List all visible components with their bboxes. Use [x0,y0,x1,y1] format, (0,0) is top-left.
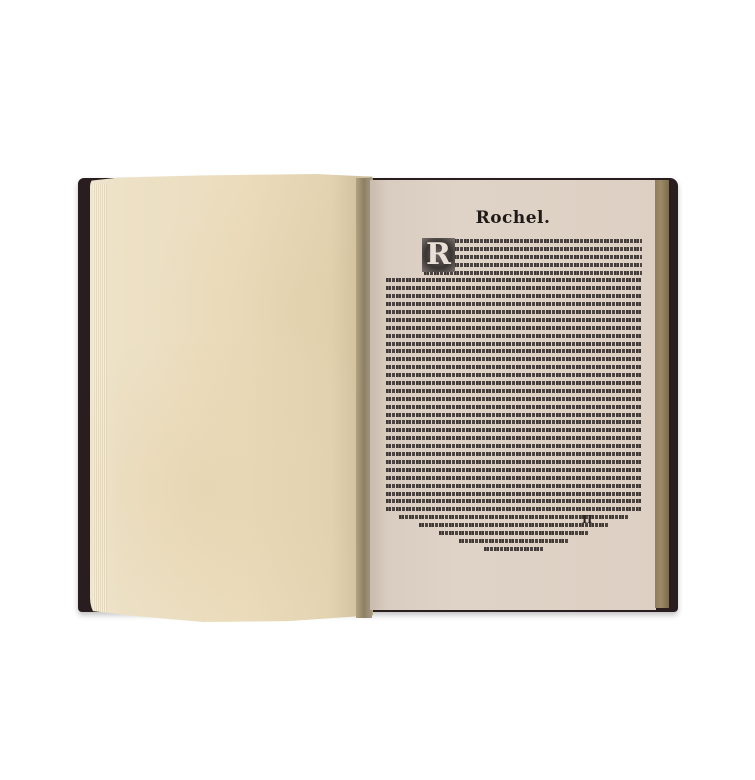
body-opening-text: OCHELLE am Staat in Frankreich gelegen /… [0,0,1,1]
closing-line-1: dem König ... gelobt / und dadurch solch… [0,0,1,1]
text-line [386,515,642,522]
text-line [386,405,642,412]
text-line [386,484,642,491]
text-line [386,539,642,546]
closing-line-2: Herrlicher Freyheiten und ... zu [0,0,1,1]
text-line [386,294,642,301]
text-line [386,373,642,380]
text-line [386,286,642,293]
text-line [386,310,642,317]
closing-line-3: erhalten. [0,0,1,1]
page-title: Rochel. [370,208,656,228]
text-line [386,413,642,420]
text-line [386,444,642,451]
text-line [386,531,642,538]
left-page-blank [90,174,373,622]
text-line [386,397,642,404]
text-line [386,349,642,356]
text-line [386,278,642,285]
text-line [386,342,642,349]
text-line [386,452,642,459]
text-line [386,420,642,427]
text-line [386,318,642,325]
text-line [386,436,642,443]
text-line [386,428,642,435]
text-line [386,476,642,483]
text-line [386,357,642,364]
text-line [386,499,642,506]
text-line [386,468,642,475]
text-line [386,302,642,309]
drop-cap-initial: R [422,238,455,272]
text-line [386,326,642,333]
text-line [386,365,642,372]
text-line [386,389,642,396]
text-line [386,523,642,530]
text-line [386,507,642,514]
text-line [386,381,642,388]
page-edges-right [655,180,669,608]
text-line [386,492,642,499]
text-line [386,334,642,341]
open-book: Rochel. R OCHELLE am Staat in Frankreich… [0,0,755,780]
text-line [386,547,642,554]
text-line [386,460,642,467]
blackletter-text-block [386,238,642,554]
page-number: II [582,513,592,526]
